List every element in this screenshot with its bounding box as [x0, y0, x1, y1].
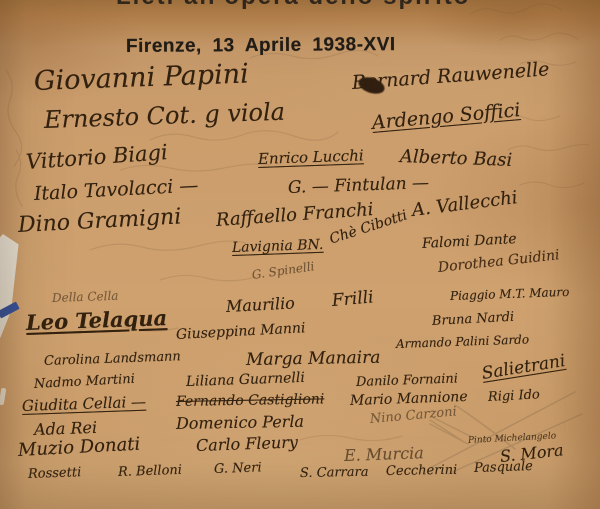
signature: Fernando Castiglioni: [176, 391, 325, 410]
signature: Carolina Landsmann: [44, 349, 181, 369]
signature: Domenico Perla: [176, 412, 304, 433]
signature: Pasquale: [474, 459, 533, 476]
signature: Bruna Nardi: [432, 310, 515, 329]
signature: Liliana Guarnelli: [186, 370, 305, 390]
signature: Frilli: [331, 287, 374, 311]
signature: Enrico Lucchi: [258, 146, 364, 168]
signature: Ardengo Soffici: [371, 99, 521, 134]
signature: Lavignia BN.: [232, 237, 324, 256]
signature: Vittorio Biagi: [25, 140, 168, 174]
signature: Maurilio: [226, 293, 296, 316]
signatures-layer: Giovanni PapiniBernard RauwenelleErnesto…: [0, 0, 600, 509]
signature: Giudita Cellai —: [22, 393, 147, 415]
signature: Giovanni Papini: [33, 59, 249, 97]
signature: Marga Manaira: [246, 348, 381, 370]
signature: Giuseppina Manni: [176, 320, 306, 343]
signature: Bernard Rauwenelle: [351, 58, 550, 94]
signature: Rigi Ido: [488, 387, 541, 405]
signature: R. Belloni: [118, 463, 182, 480]
signature: Carlo Fleury: [196, 432, 299, 455]
signature: S. Carrara: [300, 465, 369, 481]
signature: Ceccherini: [386, 463, 457, 479]
signature: Piaggio M.T. Mauro: [450, 285, 570, 303]
signature: Danilo Fornaini: [356, 371, 458, 390]
signature: Rossetti: [28, 465, 82, 482]
signature: Salietrani: [480, 351, 566, 384]
signature: Falomi Dante: [422, 231, 517, 252]
signature: Italo Tavolacci —: [33, 174, 198, 205]
signature: Della Cella: [52, 289, 119, 305]
signature: Dorothea Guidini: [437, 247, 560, 276]
signature: Nadmo Martini: [34, 372, 136, 392]
signature: Armando Palini Sardo: [396, 332, 530, 351]
signature: Leo Telaqua: [26, 305, 168, 335]
signature: Alberto Basi: [400, 146, 513, 171]
document-photo: Lieti all'opera dello spirito Firenze, 1…: [0, 0, 600, 509]
signature: G. — Fintulan —: [288, 173, 430, 198]
signature: Ernesto Cot. g viola: [44, 98, 286, 134]
signature: G. Spinelli: [251, 259, 315, 282]
signature: Dino Gramigni: [17, 204, 182, 238]
signature: G. Neri: [214, 460, 262, 477]
signature: E. Murcia: [344, 443, 424, 465]
